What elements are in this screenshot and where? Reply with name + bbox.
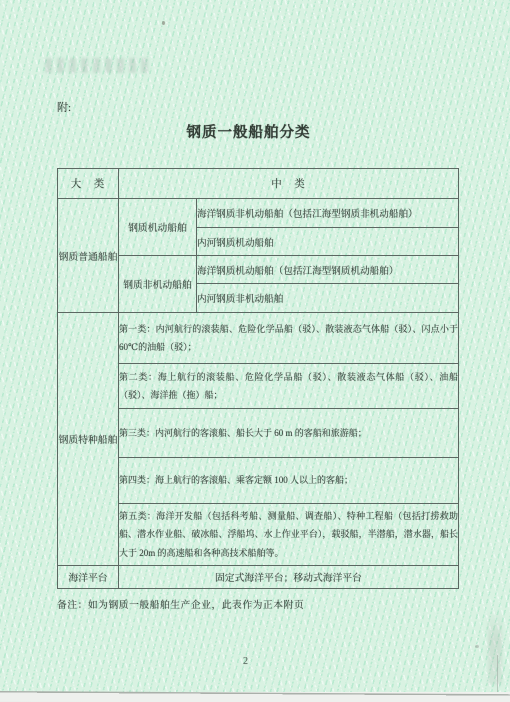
ocean-platform-value-cell: 固定式海洋平台；移动式海洋平台 (119, 566, 459, 589)
motorized-group-label-cell: 钢质机动船舶 (119, 199, 197, 256)
ocean-nonmotorized-row-cell: 海洋钢质非机动船舶（包括江海型钢质非机动船舶） (197, 199, 459, 228)
special-class4-cell: 第四类：海上航行的客滚船、乘客定额 100 人以上的客船； (119, 458, 459, 504)
attachment-label: 附: (57, 99, 71, 115)
special-class2-cell: 第二类：海上航行的滚装船、危险化学品船（驳）、散装液态气体船（驳）、油船（驳）、… (119, 364, 459, 409)
special-class5-cell: 第五类：海洋开发船（包括科考船、测量船、调查船）、特种工程船（包括打捞救助船、潜… (119, 504, 459, 566)
special-ships-label-cell: 钢质特种船舶 (58, 313, 119, 566)
river-motorized-row-cell: 内河钢质机动船舶 (197, 228, 459, 256)
page-number: 2 (243, 656, 248, 667)
table-row: 第四类：海上航行的客滚船、乘客定额 100 人以上的客船； (58, 458, 459, 504)
header-major-category-cell: 大 类 (58, 169, 119, 199)
nonmotorized-group-label-cell: 钢质非机动船舶 (119, 256, 197, 313)
table-row: 第三类：内河航行的客滚船、船长大于 60 m 的客船和旅游船； (58, 409, 459, 458)
scanner-edge (0, 691, 510, 702)
table-row: 钢质特种船舶 第一类：内河航行的滚装船、危险化学品船（驳）、散装液态气体船（驳）… (58, 313, 459, 364)
scanned-document-page: 附: 钢质一般船舶分类 大 类 中 类 钢质普通船舶 钢质机动船舶 海洋钢质非机… (0, 0, 510, 692)
scan-smudge (488, 610, 502, 685)
table-row: 钢质非机动船舶 海洋钢质机动船舶（包括江海型钢质机动船舶） (58, 256, 459, 284)
scan-speck (475, 645, 479, 648)
faint-stamp-smudge (45, 58, 153, 73)
ship-classification-table: 大 类 中 类 钢质普通船舶 钢质机动船舶 海洋钢质非机动船舶（包括江海型钢质非… (57, 168, 459, 589)
header-middle-category-cell: 中 类 (119, 169, 459, 199)
river-nonmotorized-row-cell: 内河钢质非机动船舶 (197, 284, 459, 313)
table-row: 钢质普通船舶 钢质机动船舶 海洋钢质非机动船舶（包括江海型钢质非机动船舶） (58, 199, 459, 228)
ordinary-ships-label-cell: 钢质普通船舶 (58, 199, 119, 313)
special-class3-cell: 第三类：内河航行的客滚船、船长大于 60 m 的客船和旅游船； (119, 409, 459, 458)
special-class1-cell: 第一类：内河航行的滚装船、危险化学品船（驳）、散装液态气体船（驳）、闪点小于60… (119, 313, 459, 364)
footnote: 备注：如为钢质一般船舶生产企业，此表作为正本附页 (57, 597, 304, 611)
table-row: 海洋平台 固定式海洋平台；移动式海洋平台 (58, 566, 459, 589)
scan-edge-artifact (497, 655, 498, 692)
table-row: 第二类：海上航行的滚装船、危险化学品船（驳）、散装液态气体船（驳）、油船（驳）、… (58, 364, 459, 409)
scan-speck (162, 21, 165, 25)
ocean-motorized-row-cell: 海洋钢质机动船舶（包括江海型钢质机动船舶） (197, 256, 459, 284)
table-row: 第五类：海洋开发船（包括科考船、测量船、调查船）、特种工程船（包括打捞救助船、潜… (58, 504, 459, 566)
table-header-row: 大 类 中 类 (58, 169, 459, 199)
page-title: 钢质一般船舶分类 (0, 121, 497, 142)
ocean-platform-label-cell: 海洋平台 (58, 566, 119, 589)
